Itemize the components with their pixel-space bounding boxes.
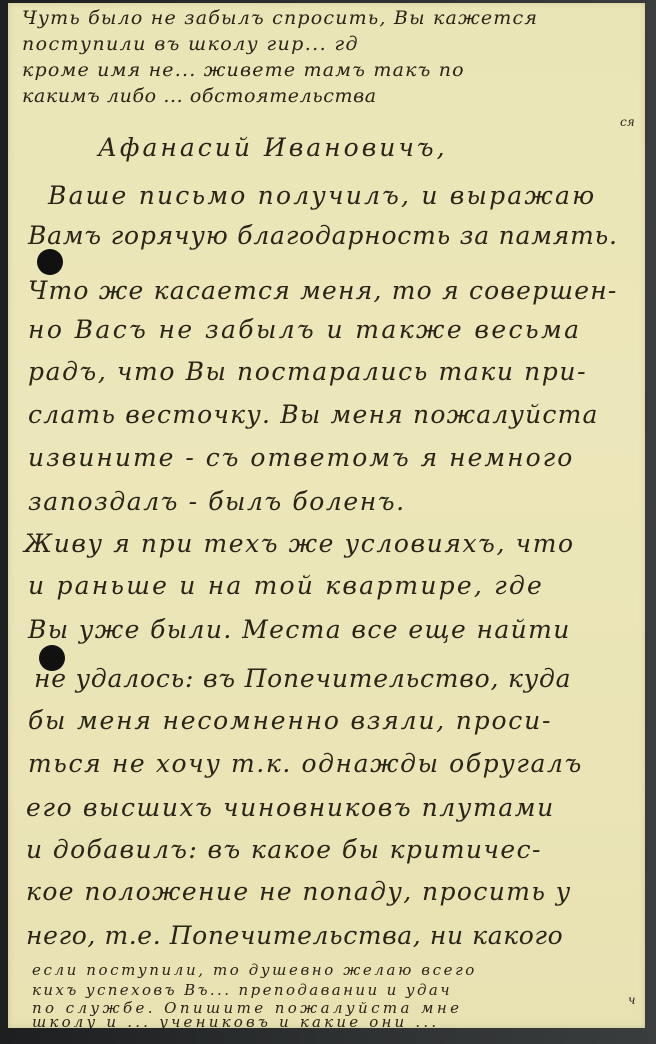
header-note-line-3: кроме имя не... живете тамъ такъ по — [22, 59, 465, 81]
body-line-2: Вамъ горячую благодарность за память. — [28, 221, 618, 250]
body-line-7: извините - съ ответомъ я немного — [28, 443, 574, 472]
body-line-12: не удалось: въ Попечительство, куда — [34, 664, 571, 693]
footer-margin-note: ч — [628, 993, 635, 1007]
body-line-15: его высшихъ чиновниковъ плутами — [26, 793, 555, 822]
body-line-11: Вы уже были. Места все еще найти — [28, 615, 571, 644]
body-line-4: но Васъ не забылъ и также весьма — [28, 315, 581, 344]
body-line-13: бы меня несомненно взяли, проси- — [28, 706, 552, 735]
body-line-9: Живу я при техъ же условияхъ, что — [24, 529, 575, 558]
body-line-16: и добавилъ: въ какое бы критичес- — [26, 835, 542, 864]
footer-line-1: если поступили, то душевно желаю всего — [32, 961, 477, 979]
header-note-line-1: Чуть было не забылъ спросить, Вы кажется — [22, 7, 538, 29]
body-line-5: радъ, что Вы постарались таки при- — [28, 357, 587, 386]
body-line-18: него, т.е. Попечительства, ни какого — [26, 921, 563, 950]
footer-line-4: школу и ... учениковъ и какие они ... — [32, 1013, 439, 1028]
body-line-14: ться не хочу т.к. однажды обругалъ — [28, 749, 583, 778]
letter-page: Чуть было не забылъ спросить, Вы кажется… — [8, 3, 645, 1028]
body-line-8: запоздалъ - былъ боленъ. — [28, 487, 406, 516]
footer-line-2: кихъ успеховъ Въ... преподавании и удач — [32, 981, 452, 999]
header-note-line-4: какимъ либо ... обстоятельства — [22, 85, 377, 107]
body-line-1: Ваше письмо получилъ, и выражаю — [48, 181, 596, 210]
body-line-3: Что же касается меня, то я совершен- — [28, 276, 618, 305]
header-note-line-2: поступили въ школу гир... гд — [22, 33, 359, 55]
body-line-17: кое положение не попаду, просить у — [26, 877, 572, 906]
body-line-6: слать весточку. Вы меня пожалуйста — [28, 400, 599, 429]
body-line-10: и раньше и на той квартире, где — [28, 571, 544, 600]
header-margin-note: ся — [620, 115, 635, 129]
punch-hole-top — [37, 249, 63, 275]
salutation: Афанасий Ивановичъ, — [98, 133, 448, 162]
